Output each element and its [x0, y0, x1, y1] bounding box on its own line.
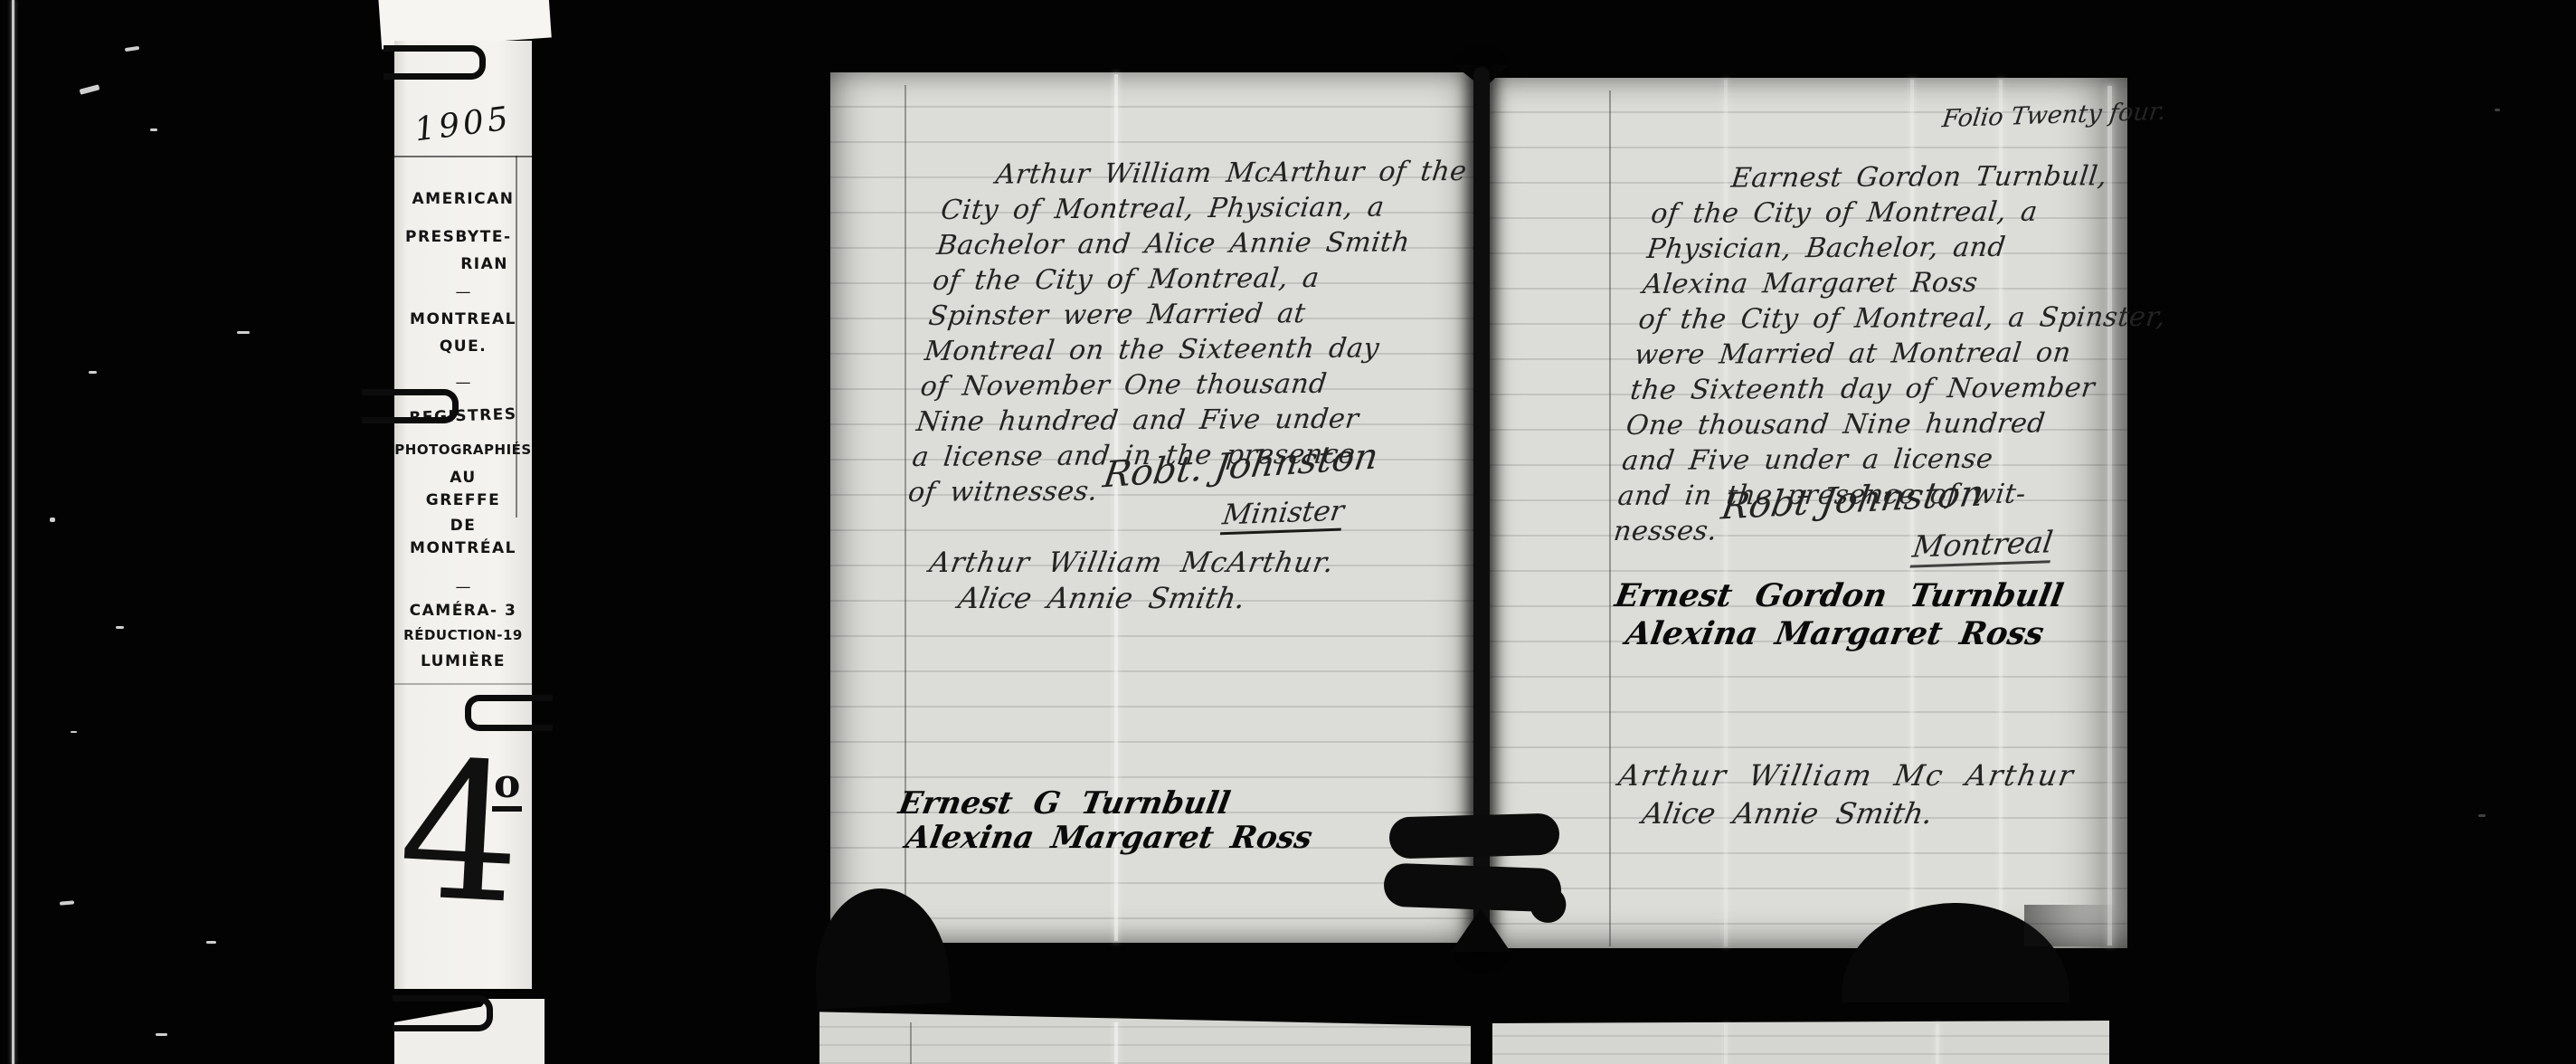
entry-line: Physician, Bachelor, and	[1645, 229, 2162, 267]
entry-line: Earnest Gordon Turnbull,	[1653, 158, 2170, 196]
bride-signature: Alice Annie Smith.	[956, 581, 1248, 615]
film-edge-line	[12, 0, 14, 1064]
label-crease	[394, 683, 532, 685]
entry-line: of the City of Montreal, a	[1649, 194, 2165, 232]
entry-line: and Five under a license	[1620, 441, 2136, 479]
film-scratch	[156, 1033, 167, 1036]
film-scratch	[2478, 814, 2486, 817]
entry-line: Arthur William McArthur of the	[943, 154, 1509, 193]
label-line: MONTREAL	[394, 310, 532, 328]
witness-signature: Alexina Margaret Ross	[903, 820, 1314, 856]
label-line: RÉDUCTION-19	[394, 627, 532, 643]
groom-signature: Ernest Gordon Turnbull	[1612, 577, 2066, 614]
label-year: 1905	[393, 98, 534, 151]
entry-line: Nine hundred and Five under	[914, 401, 1480, 440]
label-line: DE	[394, 517, 532, 535]
groom-signature: Arthur William McArthur.	[927, 546, 1337, 579]
label-line: PHOTOGRAPHIÉS	[394, 442, 532, 458]
entry-line: Montreal on the Sixteenth day	[923, 330, 1488, 369]
entry-line: One thousand Nine hundred	[1624, 405, 2141, 443]
page-fold-line	[1936, 1024, 1939, 1064]
entry-line: of the City of Montreal, a	[931, 260, 1496, 299]
film-scratch	[80, 84, 100, 94]
binding-strap	[1383, 863, 1562, 913]
entry-line: the Sixteenth day of November	[1628, 370, 2145, 408]
witness-signature: Alice Annie Smith.	[1640, 796, 1936, 831]
next-frame-page-edge	[819, 1010, 1471, 1064]
film-scratch	[125, 46, 139, 52]
page-margin-line	[1609, 90, 1611, 946]
film-scratch	[206, 941, 216, 944]
label-line: MONTRÉAL	[394, 539, 532, 557]
binding-strap	[1388, 813, 1559, 860]
film-scratch	[60, 900, 74, 905]
entry-line: of the City of Montreal, a Spinster,	[1637, 299, 2154, 337]
label-divider	[394, 156, 532, 157]
frame-number-suffix: o	[492, 765, 522, 812]
page-shadow	[2024, 905, 2118, 946]
page-fold-line	[1724, 1024, 1728, 1064]
entry-line: of November One thousand	[919, 366, 1484, 404]
label-line: QUE.	[394, 337, 532, 356]
label-line: AU	[394, 469, 532, 487]
page-margin-line	[910, 1022, 912, 1064]
minister-location: Montreal	[1910, 524, 2056, 567]
film-scratch	[150, 128, 157, 131]
minister-title: Minister	[1220, 495, 1346, 536]
label-line: AMERICAN	[394, 190, 532, 208]
entry-line: were Married at Montreal on	[1633, 335, 2149, 373]
label-line: CAMÉRA- 3	[394, 602, 532, 620]
label-line: RIAN	[394, 255, 532, 273]
label-line: PRESBYTE-	[394, 228, 532, 246]
film-scratch	[71, 731, 77, 733]
entry-line: Alexina Margaret Ross	[1641, 264, 2157, 302]
film-scratch	[116, 626, 124, 629]
entry-line: Spinster were Married at	[927, 295, 1492, 334]
frame-number: 4	[396, 753, 504, 912]
film-scratch	[89, 371, 97, 374]
entry-line: Bachelor and Alice Annie Smith	[935, 224, 1501, 263]
label-line: LUMIÈRE	[394, 652, 532, 670]
label-line: —	[394, 283, 532, 301]
film-scratch	[2495, 109, 2500, 111]
paperclip-icon	[465, 695, 553, 731]
film-scratch	[237, 331, 250, 334]
label-line: GREFFE	[394, 491, 532, 509]
label-line: —	[394, 578, 532, 596]
bride-signature: Alexina Margaret Ross	[1623, 615, 2046, 652]
label-fold-line	[516, 156, 517, 518]
page-fold-line	[1114, 1022, 1118, 1064]
paperclip-icon	[362, 389, 459, 423]
witness-signature: Ernest G Turnbull	[895, 785, 1233, 822]
entry-line: City of Montreal, Physician, a	[939, 189, 1504, 228]
witness-signature: Arthur William Mc Arthur	[1616, 758, 2078, 793]
microfilm-frame: 1905 AMERICAN PRESBYTE- RIAN — MONTREAL …	[0, 0, 2576, 1064]
paperclip-icon	[384, 45, 486, 80]
paperclip-icon	[393, 995, 493, 1031]
film-scratch	[50, 518, 55, 522]
next-frame-page-edge	[1492, 1019, 2109, 1064]
film-label-strip: 1905 AMERICAN PRESBYTE- RIAN — MONTREAL …	[394, 41, 532, 989]
